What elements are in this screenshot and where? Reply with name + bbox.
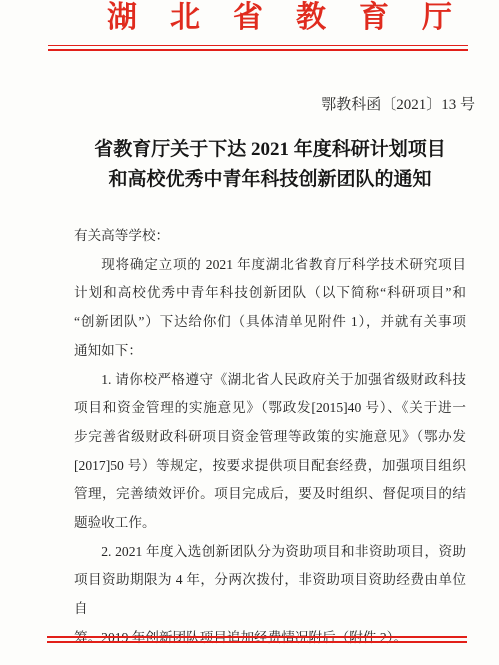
text-line: 计划和高校优秀中青年科技创新团队（以下简称“科研项目”和 — [74, 279, 466, 308]
salutation: 有关高等学校： — [74, 222, 466, 251]
text-line: 2. 2021 年度入选创新团队分为资助项目和非资助项目，资助 — [74, 538, 466, 567]
agency-name: 湖北省教育厅 — [74, 0, 466, 36]
document-body: 有关高等学校： 现将确定立项的 2021 年度湖北省教育厅科学技术研究项目计划和… — [74, 222, 466, 653]
text-line: [2017]50 号）等规定，按要求提供项目配套经费，加强项目组织 — [74, 452, 466, 481]
footer-double-rule — [47, 636, 467, 643]
text-line: 项目和资金管理的实施意见》（鄂政发[2015]40 号）、《关于进一 — [74, 394, 466, 423]
text-line: 步完善省级财政科研项目资金管理等政策的实施意见》（鄂办发 — [74, 423, 466, 452]
paragraph-intro: 现将确定立项的 2021 年度湖北省教育厅科学技术研究项目计划和高校优秀中青年科… — [74, 251, 466, 366]
text-line: 1. 请你校严格遵守《湖北省人民政府关于加强省级财政科技 — [74, 366, 466, 395]
doc-number: 鄂教科函〔2021〕13 号 — [321, 96, 475, 114]
text-line: 管理，完善绩效评价。项目完成后，要及时组织、督促项目的结 — [74, 480, 466, 509]
paragraph-item-1: 1. 请你校严格遵守《湖北省人民政府关于加强省级财政科技项目和资金管理的实施意见… — [74, 366, 466, 538]
text-line: 通知如下： — [74, 337, 466, 366]
text-line: 省教育厅关于下达 2021 年度科研计划项目 — [74, 135, 466, 165]
text-line: 现将确定立项的 2021 年度湖北省教育厅科学技术研究项目 — [74, 251, 466, 280]
document-page: 湖北省教育厅 鄂教科函〔2021〕13 号 省教育厅关于下达 2021 年度科研… — [0, 0, 499, 665]
text-line: 和高校优秀中青年科技创新团队的通知 — [74, 165, 466, 195]
doc-title: 省教育厅关于下达 2021 年度科研计划项目和高校优秀中青年科技创新团队的通知 — [74, 135, 466, 195]
text-line: 项目资助期限为 4 年，分两次拨付，非资助项目资助经费由单位自 — [74, 566, 466, 623]
text-line: 有关高等学校： — [74, 222, 466, 251]
header-double-rule — [48, 45, 468, 51]
text-line: 题验收工作。 — [74, 509, 466, 538]
text-line: “创新团队”）下达给你们（具体清单见附件 1），并就有关事项 — [74, 308, 466, 337]
